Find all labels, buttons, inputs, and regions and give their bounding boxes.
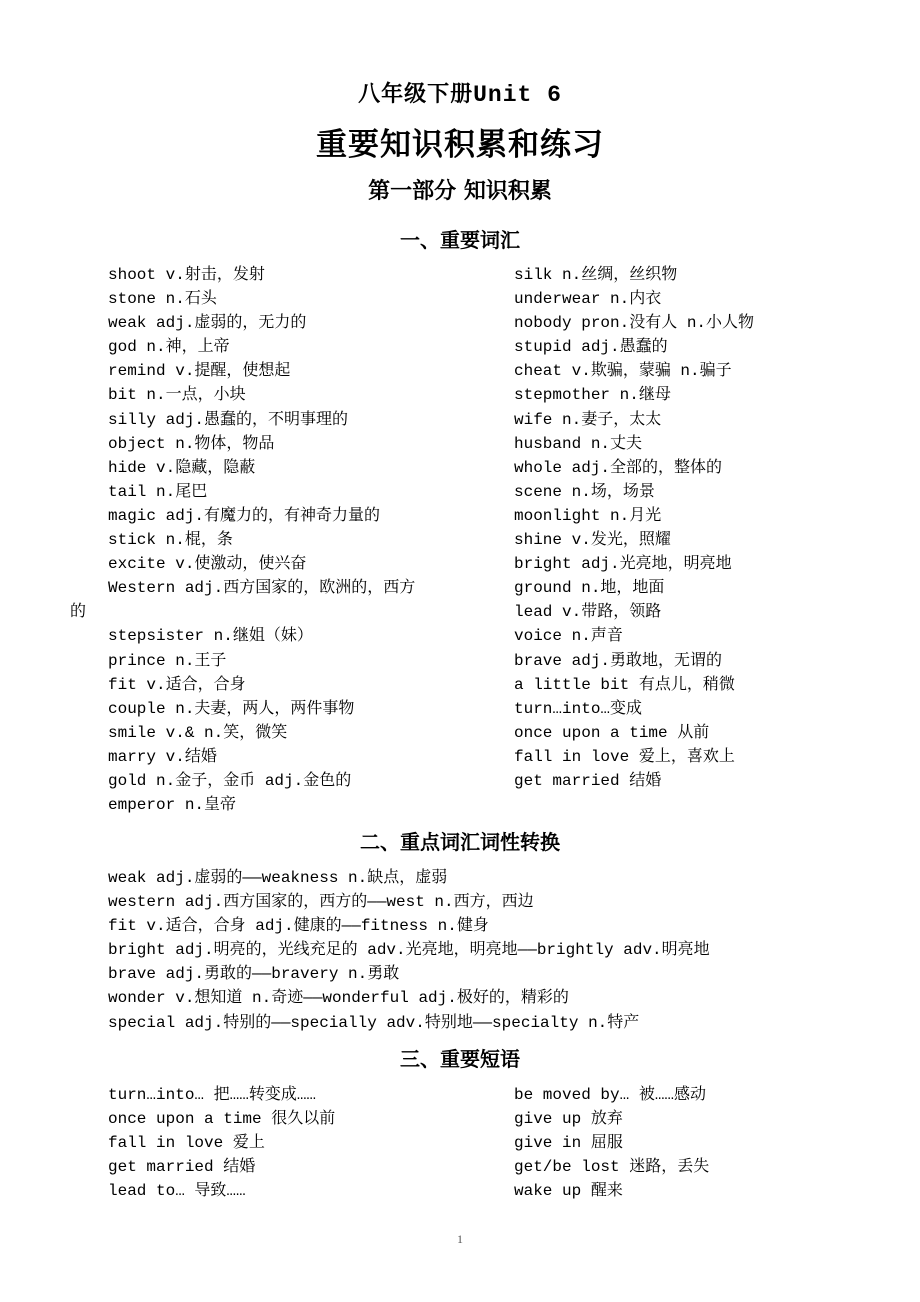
vocab-item: scene n.场，场景 [514,480,754,504]
phrase-list-left: turn…into… 把……转变成…… once upon a time 很久以… [108,1083,335,1203]
vocab-item: silly adj.愚蠢的，不明事理的 [108,408,415,432]
vocab-item: silk n.丝绸，丝织物 [514,263,754,287]
word-form-list: weak adj.虚弱的——weakness n.缺点，虚弱 western a… [108,866,710,1035]
document-title-main: 重要知识积累和练习 [0,124,920,166]
phrase-item: give up 放弃 [514,1107,709,1131]
phrase-item: get/be lost 迷路，丢失 [514,1155,709,1179]
word-form-item: fit v.适合，合身 adj.健康的——fitness n.健身 [108,914,710,938]
phrase-list-right: be moved by… 被……感动 give up 放弃 give in 屈服… [514,1083,709,1203]
vocab-item-wrap: 的 [70,600,415,624]
vocab-item: stone n.石头 [108,287,415,311]
vocab-list-right: silk n.丝绸，丝织物 underwear n.内衣 nobody pron… [514,263,754,793]
vocab-item: bright adj.光亮地，明亮地 [514,552,754,576]
word-form-item: western adj.西方国家的，西方的——west n.西方，西边 [108,890,710,914]
word-form-item: special adj.特别的——specially adv.特别地——spec… [108,1011,710,1035]
vocab-item: wife n.妻子，太太 [514,408,754,432]
vocab-item: shine v.发光，照耀 [514,528,754,552]
vocab-item: Western adj.西方国家的，欧洲的，西方 [108,576,415,600]
vocab-item: ground n.地，地面 [514,576,754,600]
phrase-item: get married 结婚 [108,1155,335,1179]
vocab-item: brave adj.勇敢地，无谓的 [514,649,754,673]
vocab-item: husband n.丈夫 [514,432,754,456]
part-title: 第一部分 知识积累 [0,176,920,208]
vocab-item: turn…into…变成 [514,697,754,721]
phrase-item: be moved by… 被……感动 [514,1083,709,1107]
vocab-list-left: shoot v.射击，发射 stone n.石头 weak adj.虚弱的，无力… [108,263,415,817]
vocab-item: stick n.棍，条 [108,528,415,552]
word-form-item: bright adj.明亮的，光线充足的 adv.光亮地，明亮地——bright… [108,938,710,962]
word-form-item: weak adj.虚弱的——weakness n.缺点，虚弱 [108,866,710,890]
vocab-item: lead v.带路，领路 [514,600,754,624]
vocab-item: remind v.提醒，使想起 [108,359,415,383]
phrase-item: turn…into… 把……转变成…… [108,1083,335,1107]
vocab-item: moonlight n.月光 [514,504,754,528]
vocab-item: get married 结婚 [514,769,754,793]
phrase-item: once upon a time 很久以前 [108,1107,335,1131]
vocab-item: hide v.隐藏，隐蔽 [108,456,415,480]
vocab-item: emperor n.皇帝 [108,793,415,817]
document-page: 八年级下册Unit 6 重要知识积累和练习 第一部分 知识积累 一、重要词汇 s… [0,0,920,1302]
document-title-grade: 八年级下册Unit 6 [0,80,920,110]
vocab-item: a little bit 有点儿，稍微 [514,673,754,697]
section-heading-phrases: 三、重要短语 [0,1044,920,1074]
page-number: 1 [0,1232,920,1247]
vocab-item: prince n.王子 [108,649,415,673]
section-heading-vocabulary: 一、重要词汇 [0,225,920,255]
vocab-item: nobody pron.没有人 n.小人物 [514,311,754,335]
word-form-item: wonder v.想知道 n.奇迹——wonderful adj.极好的，精彩的 [108,986,710,1010]
vocab-item: shoot v.射击，发射 [108,263,415,287]
vocab-item: smile v.& n.笑，微笑 [108,721,415,745]
vocab-item: underwear n.内衣 [514,287,754,311]
vocab-item: god n.神，上帝 [108,335,415,359]
vocab-item: once upon a time 从前 [514,721,754,745]
title-grade-cn: 八年级下册 [358,82,473,107]
vocab-item: whole adj.全部的，整体的 [514,456,754,480]
vocab-item: bit n.一点，小块 [108,383,415,407]
vocab-item: magic adj.有魔力的，有神奇力量的 [108,504,415,528]
vocab-item: marry v.结婚 [108,745,415,769]
vocab-item: fall in love 爱上，喜欢上 [514,745,754,769]
phrase-item: fall in love 爱上 [108,1131,335,1155]
vocab-item: couple n.夫妻，两人，两件事物 [108,697,415,721]
section-heading-word-forms: 二、重点词汇词性转换 [0,827,920,857]
vocab-item: voice n.声音 [514,624,754,648]
vocab-item: object n.物体，物品 [108,432,415,456]
phrase-item: wake up 醒来 [514,1179,709,1203]
vocab-item: stepmother n.继母 [514,383,754,407]
title-unit: Unit 6 [473,82,562,108]
vocab-item: excite v.使激动，使兴奋 [108,552,415,576]
word-form-item: brave adj.勇敢的——bravery n.勇敢 [108,962,710,986]
vocab-item: fit v.适合，合身 [108,673,415,697]
phrase-item: lead to… 导致…… [108,1179,335,1203]
vocab-item: cheat v.欺骗，蒙骗 n.骗子 [514,359,754,383]
vocab-item: stepsister n.继姐（妹） [108,624,415,648]
vocab-item: tail n.尾巴 [108,480,415,504]
vocab-item: gold n.金子，金币 adj.金色的 [108,769,415,793]
vocab-item: weak adj.虚弱的，无力的 [108,311,415,335]
phrase-item: give in 屈服 [514,1131,709,1155]
vocab-item: stupid adj.愚蠢的 [514,335,754,359]
